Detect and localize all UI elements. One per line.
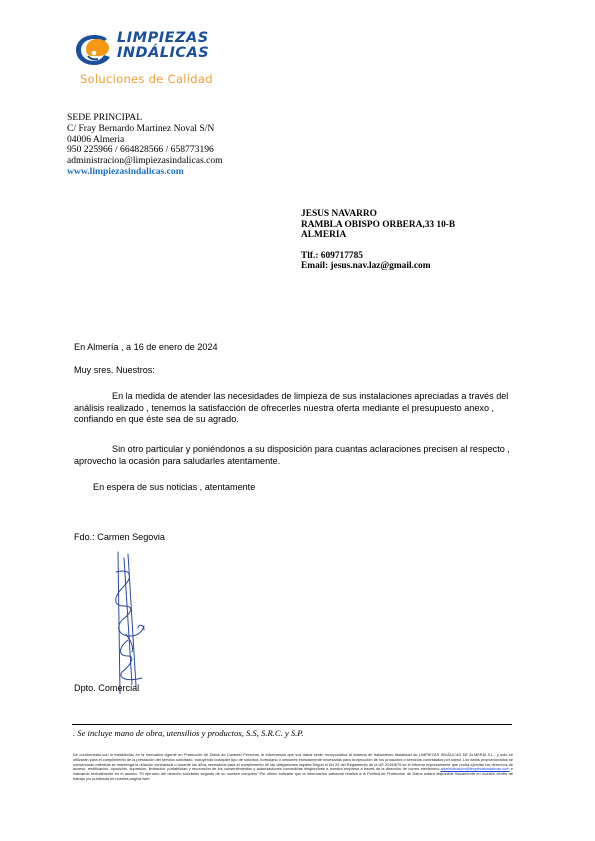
signer-name: Fdo.: Carmen Segovia — [74, 532, 165, 544]
logo-tagline: Soluciones de Calidad — [80, 72, 213, 86]
handwritten-signature — [108, 544, 158, 694]
recipient-name: JESUS NAVARRO — [301, 209, 455, 220]
recipient-block: JESUS NAVARRO RAMBLA OBISPO ORBERA,33 10… — [301, 209, 455, 272]
signer-department: Dpto. Comercial — [74, 683, 139, 695]
letter-date: En Almería , a 16 de enero de 2024 — [74, 342, 218, 354]
data-protection-notice: De conformidad con lo establecido en la … — [73, 753, 513, 782]
footer-note: . Se incluye mano de obra, utensilios y … — [73, 728, 304, 738]
letter-paragraph-1: En la medida de atender las necesidades … — [74, 391, 524, 426]
company-logo: LIMPIEZAS INDÁLICAS Soluciones de Calida… — [74, 30, 244, 92]
sender-address: C/ Fray Bernardo Martinez Noval S/N — [67, 124, 223, 135]
sender-block: SEDE PRINCIPAL C/ Fray Bernardo Martinez… — [67, 113, 223, 178]
recipient-email: Email: jesus.nav.laz@gmail.com — [301, 261, 455, 272]
letter-paragraph-2: Sin otro particular y poniéndonos a su d… — [74, 444, 524, 467]
letter-salutation: Muy sres. Nuestros: — [74, 365, 155, 377]
logo-emblem-icon — [74, 32, 114, 68]
sender-website-link[interactable]: www.limpiezasindalicas.com — [67, 167, 223, 178]
recipient-city: ALMERIA — [301, 230, 455, 241]
logo-text-line1: LIMPIEZAS — [117, 30, 209, 46]
footer-divider — [72, 724, 512, 725]
recipient-address: RAMBLA OBISPO ORBERA,33 10-B — [301, 220, 455, 231]
recipient-phone: Tlf.: 609717785 — [301, 251, 455, 262]
letter-closing: En espera de sus noticias , atentamente — [93, 482, 255, 494]
letter-page: LIMPIEZAS INDÁLICAS Soluciones de Calida… — [0, 0, 595, 841]
paragraph-2-text: Sin otro particular y poniéndonos a su d… — [74, 444, 510, 466]
paragraph-1-text: En la medida de atender las necesidades … — [74, 391, 508, 424]
logo-text-line2: INDÁLICAS — [117, 45, 209, 61]
